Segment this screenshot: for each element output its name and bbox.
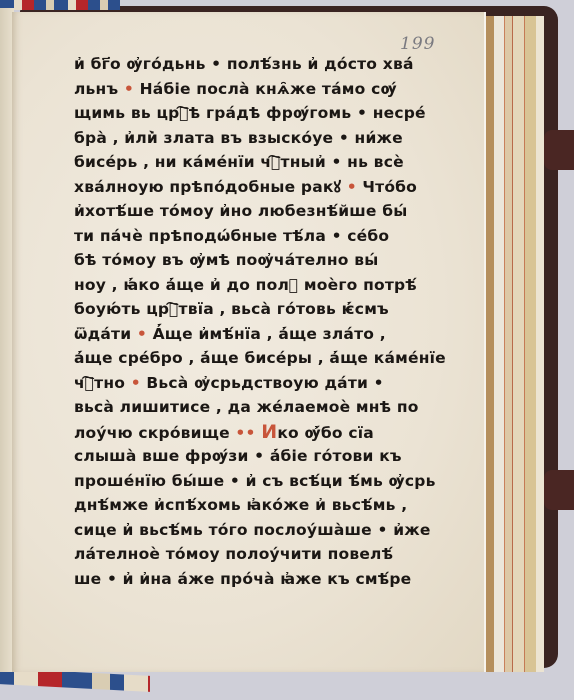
text-block: и҆ бг҃о ѹ҆го́дьнь • полѣ́знь и҆ до́сто х… bbox=[74, 52, 446, 591]
recto-page: 199 и҆ бг҃о ѹ҆го́дьнь • полѣ́знь и҆ до́с… bbox=[12, 12, 486, 672]
text-line: щимь вь црⷭ҇ѣ гра́дѣ фрѹ́гомь • несре́ bbox=[74, 101, 446, 126]
text-line: бисе́рь , ни ка́ме́нїи чⷭ҇тныи҆ • нь всѐ bbox=[74, 150, 446, 175]
rubric-mark: • bbox=[131, 325, 152, 343]
clasp-strap-lower bbox=[544, 470, 574, 510]
text-line: и҆хотѣ́ше то́моу и҆но любезнѣ́йше бы́ bbox=[74, 199, 446, 224]
rubric-mark: • bbox=[125, 374, 146, 392]
clasp-strap-upper bbox=[544, 130, 574, 170]
text-line: сице и҆ вьсѣ́мь то́го послоу́ша̀ше • и҆ж… bbox=[74, 518, 446, 543]
text-line: бѣ то́моу въ ѹ҆мѣ поѹ҆ча́телно вы́ bbox=[74, 248, 446, 273]
text-line: а҆́ще сре́бро , а҆́ще бисе́ры , а҆́ще ка… bbox=[74, 346, 446, 371]
folio-number: 199 bbox=[400, 34, 435, 54]
text-line: чⷭ҇тно • Вьса̀ ѹ҆срьдствоую да́ти • bbox=[74, 371, 446, 396]
text-line: лоу́чю скро́вище •• Ико ѹ҆́бо сїа bbox=[74, 420, 446, 445]
text-line: и҆ бг҃о ѹ҆го́дьнь • полѣ́знь и҆ до́сто х… bbox=[74, 52, 446, 77]
text-line: днѣ́мже и҆спѣ́хомь ꙗ҆ко́же и҆ вьсѣ́мь , bbox=[74, 493, 446, 518]
book-photograph: 199 и҆ бг҃о ѹ҆го́дьнь • полѣ́знь и҆ до́с… bbox=[0, 0, 574, 700]
text-line: ла́телноѐ то́моу полоу́чити повелѣ́ bbox=[74, 542, 446, 567]
text-line: слыша̀ вше фрѹ́зи • а҆́біе го́тови къ bbox=[74, 444, 446, 469]
red-initial: И bbox=[261, 421, 277, 443]
text-line: ше • и҆ и҆на а́же про́ча̀ ꙗ҆же къ смѣ́ре bbox=[74, 567, 446, 592]
text-line: вьса̀ лишитисе , да же́лаемоѐ мнѣ по bbox=[74, 395, 446, 420]
page-edges bbox=[478, 16, 548, 672]
rubric-mark: • bbox=[118, 80, 139, 98]
headband bbox=[0, 0, 120, 10]
text-line: бра̀ , и҆ли̇̀ злата въ взыско́уе • ни́же bbox=[74, 126, 446, 151]
text-line: ти па́чѐ прѣподѡ́бные тѣ́ла • се́бо bbox=[74, 224, 446, 249]
text-line: хва́лноую прѣпо́добные ракꙋ • Что́бо bbox=[74, 175, 446, 200]
text-line: ноу , ꙗ҆́ко а҆́ще и҆ до пол꙽ моѐго потрѣ… bbox=[74, 273, 446, 298]
text-line: боую́ть црⷭ҇твїа , вьса̀ го́товь ѥ҆́смъ bbox=[74, 297, 446, 322]
text-line: льнъ • На́біе посла̀ кнѧ̑же та́мо сѹ́ bbox=[74, 77, 446, 102]
rubric-mark: •• bbox=[230, 424, 261, 442]
text-line: проше́нїю бы́ше • и҆ съ всѣ́ци ѣ́мь ѹ҆ср… bbox=[74, 469, 446, 494]
text-line: ѿда́ти • А҆́ще и҆мѣ́нїа , а҆́ще зла́то , bbox=[74, 322, 446, 347]
rubric-mark: • bbox=[341, 178, 362, 196]
